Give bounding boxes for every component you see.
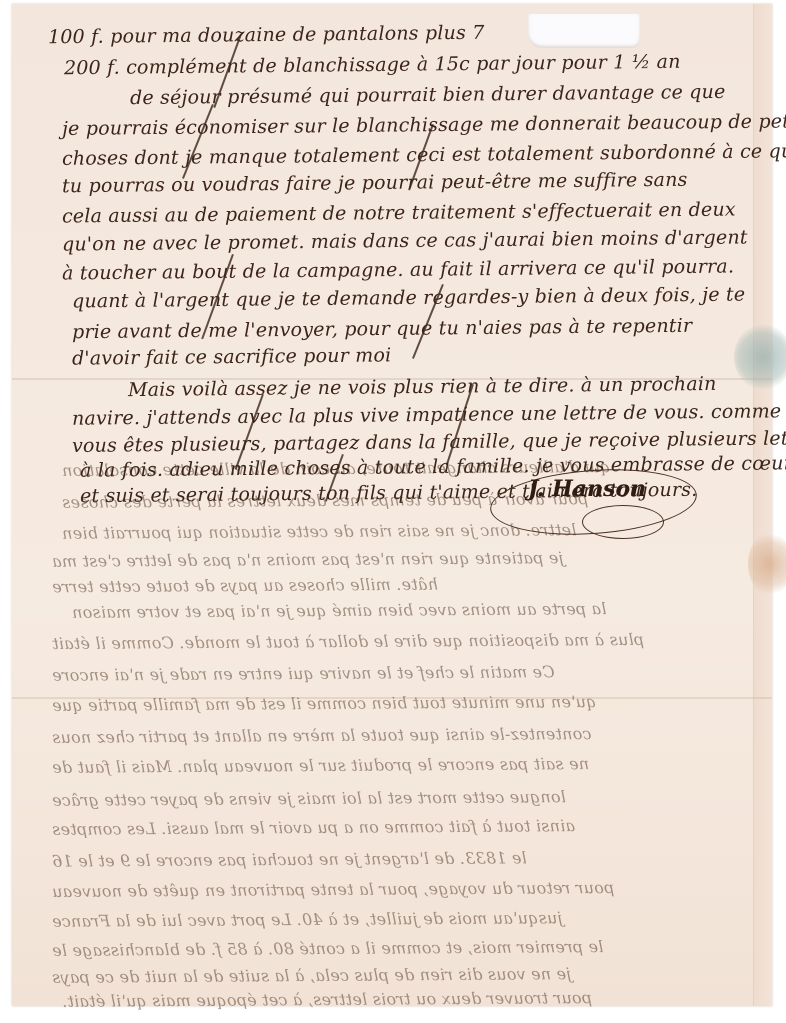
show-through-line: le premier mois, et comme il a conté 80.… <box>52 937 604 960</box>
letter-line: quant à l'argent que je te demande regar… <box>72 283 745 312</box>
show-through-line: jusqu'au mois de juillet, et à 40. Le po… <box>52 908 563 931</box>
letter-line: tu pourras ou voudras faire je pourrai p… <box>62 169 688 198</box>
show-through-line: contentez-le ainsi que toute la mère en … <box>52 724 592 747</box>
show-through-line: pour retour du voyage, pour la tente par… <box>52 878 614 901</box>
show-through-line: lettre. donc je ne sais rien de cette si… <box>62 520 577 543</box>
letter-line: à la fois. adieu mille choses à toute la… <box>80 452 786 481</box>
show-through-line: je patiente que rien n'est pas moins n'a… <box>52 548 564 571</box>
letter-line: prie avant de me l'envoyer, pour que tu … <box>72 315 692 343</box>
show-through-line: ainsi tout à fait comme on a pu avoir le… <box>52 816 575 839</box>
show-through-line: longue cette mort est la loi mais je vie… <box>52 787 566 810</box>
blue-stain <box>734 324 786 390</box>
brown-stain <box>748 532 786 596</box>
letter-line: à toucher au bout de la campagne. au fai… <box>62 255 734 284</box>
paper-tear <box>528 14 640 48</box>
show-through-line: qu'en une minute tout bien comme il est … <box>52 692 597 715</box>
letter-line: qu'on ne avec le promet. mais dans ce ca… <box>62 226 748 255</box>
show-through-line: la perte au moins avec bien aimé que je … <box>72 599 607 622</box>
show-through-line: Ce matin le chef et le navire qui entre … <box>52 662 555 685</box>
letter-line: cela aussi au de paiement de notre trait… <box>62 198 736 227</box>
show-through-line: hâte. mille choses au pays de toute cett… <box>52 575 438 597</box>
signature-flourish <box>582 505 664 539</box>
letter-line: navire. j'attends avec la plus vive impa… <box>72 400 782 429</box>
show-through-line: pour trouver deux ou trois lettres, à ce… <box>62 988 592 1011</box>
letter-line: 100 f. pour ma douzaine de pantalons plu… <box>48 22 485 49</box>
letter-line: d'avoir fait ce sacrifice pour moi <box>72 344 392 369</box>
signature: J. Hanson <box>528 476 646 502</box>
show-through-line: le 1833. de l'argent je ne touchai pas e… <box>52 848 527 870</box>
show-through-line: ne sait pas encore le produit sur le nou… <box>52 754 589 777</box>
show-through-line: je ne vous dis rien de plus cela, à la s… <box>52 964 571 987</box>
show-through-line: plus à ma disposition que dire le dollar… <box>52 630 644 653</box>
letter-line: je pourrais économiser sur le blanchissa… <box>62 110 786 140</box>
letter-line: 200 f. complément de blanchissage à 15c … <box>64 51 681 79</box>
